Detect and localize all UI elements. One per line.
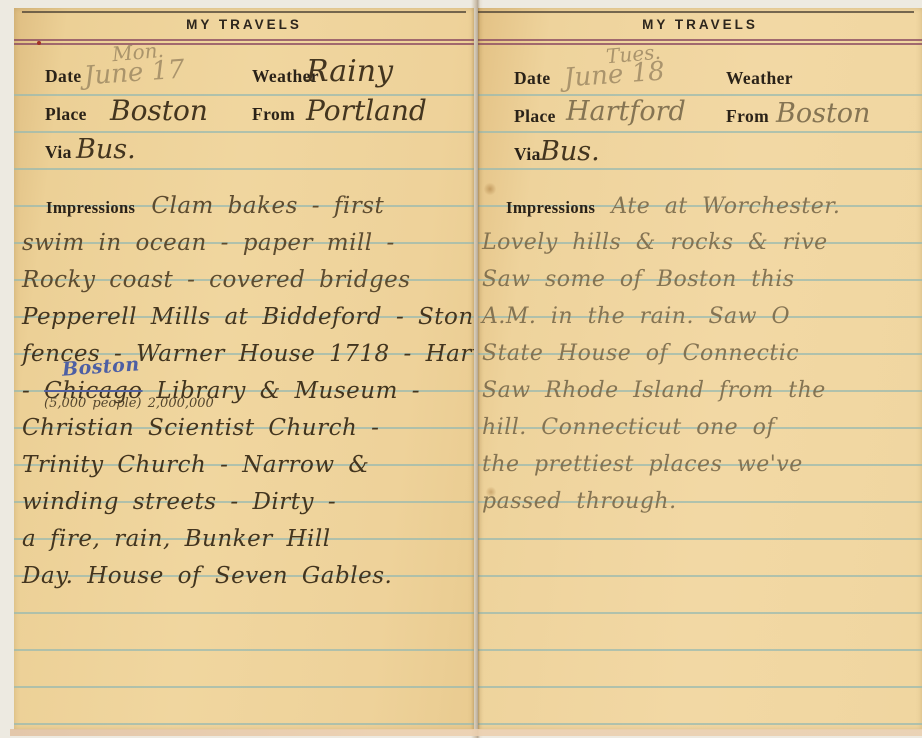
impressions-line: Lovely hills & rocks & rive bbox=[482, 225, 922, 262]
impressions-line: swim in ocean - paper mill - bbox=[22, 225, 474, 262]
place-value-handwriting: Boston bbox=[110, 94, 208, 127]
stain-spot bbox=[484, 182, 496, 196]
red-ink-speck bbox=[37, 41, 41, 45]
header-rule bbox=[14, 39, 474, 45]
impressions-line: Pepperell Mills at Biddeford - Stone bbox=[22, 299, 474, 336]
page-bottom-edge bbox=[10, 729, 922, 736]
place-label: Place bbox=[45, 104, 87, 125]
page-title: MY TRAVELS bbox=[478, 17, 922, 32]
place-label: Place bbox=[514, 106, 556, 127]
impressions-line: ImpressionsAte at Worchester. bbox=[482, 188, 922, 225]
impressions-text: Christian Scientist Church - bbox=[22, 415, 379, 441]
date-value-handwriting: June 18 bbox=[563, 57, 666, 94]
via-label: Via bbox=[514, 144, 541, 165]
impressions-label: Impressions bbox=[506, 198, 595, 217]
journal-page-left: MY TRAVELS Date Weather Place From Via M… bbox=[14, 8, 474, 730]
header-rule bbox=[478, 39, 922, 45]
from-value-handwriting: Boston bbox=[776, 98, 870, 129]
impressions-line: the prettiest places we've bbox=[482, 447, 922, 484]
impressions-line: State House of Connectic bbox=[482, 336, 922, 373]
correction-word-blue-ink: Boston bbox=[61, 355, 140, 379]
weather-value-handwriting: Rainy bbox=[306, 54, 393, 89]
impressions-line: (5,000 people) 2,000,000Christian Scient… bbox=[22, 410, 474, 447]
page-title: MY TRAVELS bbox=[14, 17, 474, 32]
interline-note: (5,000 people) 2,000,000 bbox=[44, 397, 214, 410]
stain-spot bbox=[486, 486, 496, 498]
from-label: From bbox=[726, 106, 769, 127]
via-value-handwriting: Bus. bbox=[540, 136, 600, 167]
impressions-text: Ate at Worchester. bbox=[611, 194, 840, 219]
impressions-line: Rocky coast - covered bridges bbox=[22, 262, 474, 299]
date-label: Date bbox=[514, 68, 551, 89]
page-binding-seam bbox=[471, 0, 483, 738]
impressions-line: passed through. bbox=[482, 484, 922, 521]
date-label: Date bbox=[45, 66, 82, 87]
impressions-line: Saw Rhode Island from the bbox=[482, 373, 922, 410]
impressions-line: winding streets - Dirty - bbox=[22, 484, 474, 521]
diary-scan: MY TRAVELS Date Weather Place From Via M… bbox=[0, 0, 922, 738]
impressions-line: Trinity Church - Narrow & bbox=[22, 447, 474, 484]
journal-page-right: MY TRAVELS Date Weather Place From Via T… bbox=[478, 8, 922, 730]
impressions-block: ImpressionsAte at Worchester. Lovely hil… bbox=[482, 188, 922, 521]
place-value-handwriting: Hartford bbox=[566, 96, 686, 127]
from-label: From bbox=[252, 104, 295, 125]
date-value-handwriting: June 17 bbox=[83, 55, 186, 92]
impressions-line: ImpressionsClam bakes - first bbox=[22, 188, 474, 225]
impressions-block: ImpressionsClam bakes - first swim in oc… bbox=[22, 188, 474, 595]
impressions-line: a fire, rain, Bunker Hill bbox=[22, 521, 474, 558]
weather-label: Weather bbox=[726, 68, 793, 89]
impressions-text: Clam bakes - first bbox=[151, 193, 384, 219]
via-value-handwriting: Bus. bbox=[76, 134, 136, 165]
impressions-line: A.M. in the rain. Saw O bbox=[482, 299, 922, 336]
strike-pre: - bbox=[22, 378, 44, 404]
from-value-handwriting: Portland bbox=[306, 94, 427, 127]
impressions-line: hill. Connecticut one of bbox=[482, 410, 922, 447]
impressions-line: Day. House of Seven Gables. bbox=[22, 558, 474, 595]
impressions-label: Impressions bbox=[46, 198, 135, 217]
via-label: Via bbox=[45, 142, 72, 163]
impressions-line: Saw some of Boston this bbox=[482, 262, 922, 299]
